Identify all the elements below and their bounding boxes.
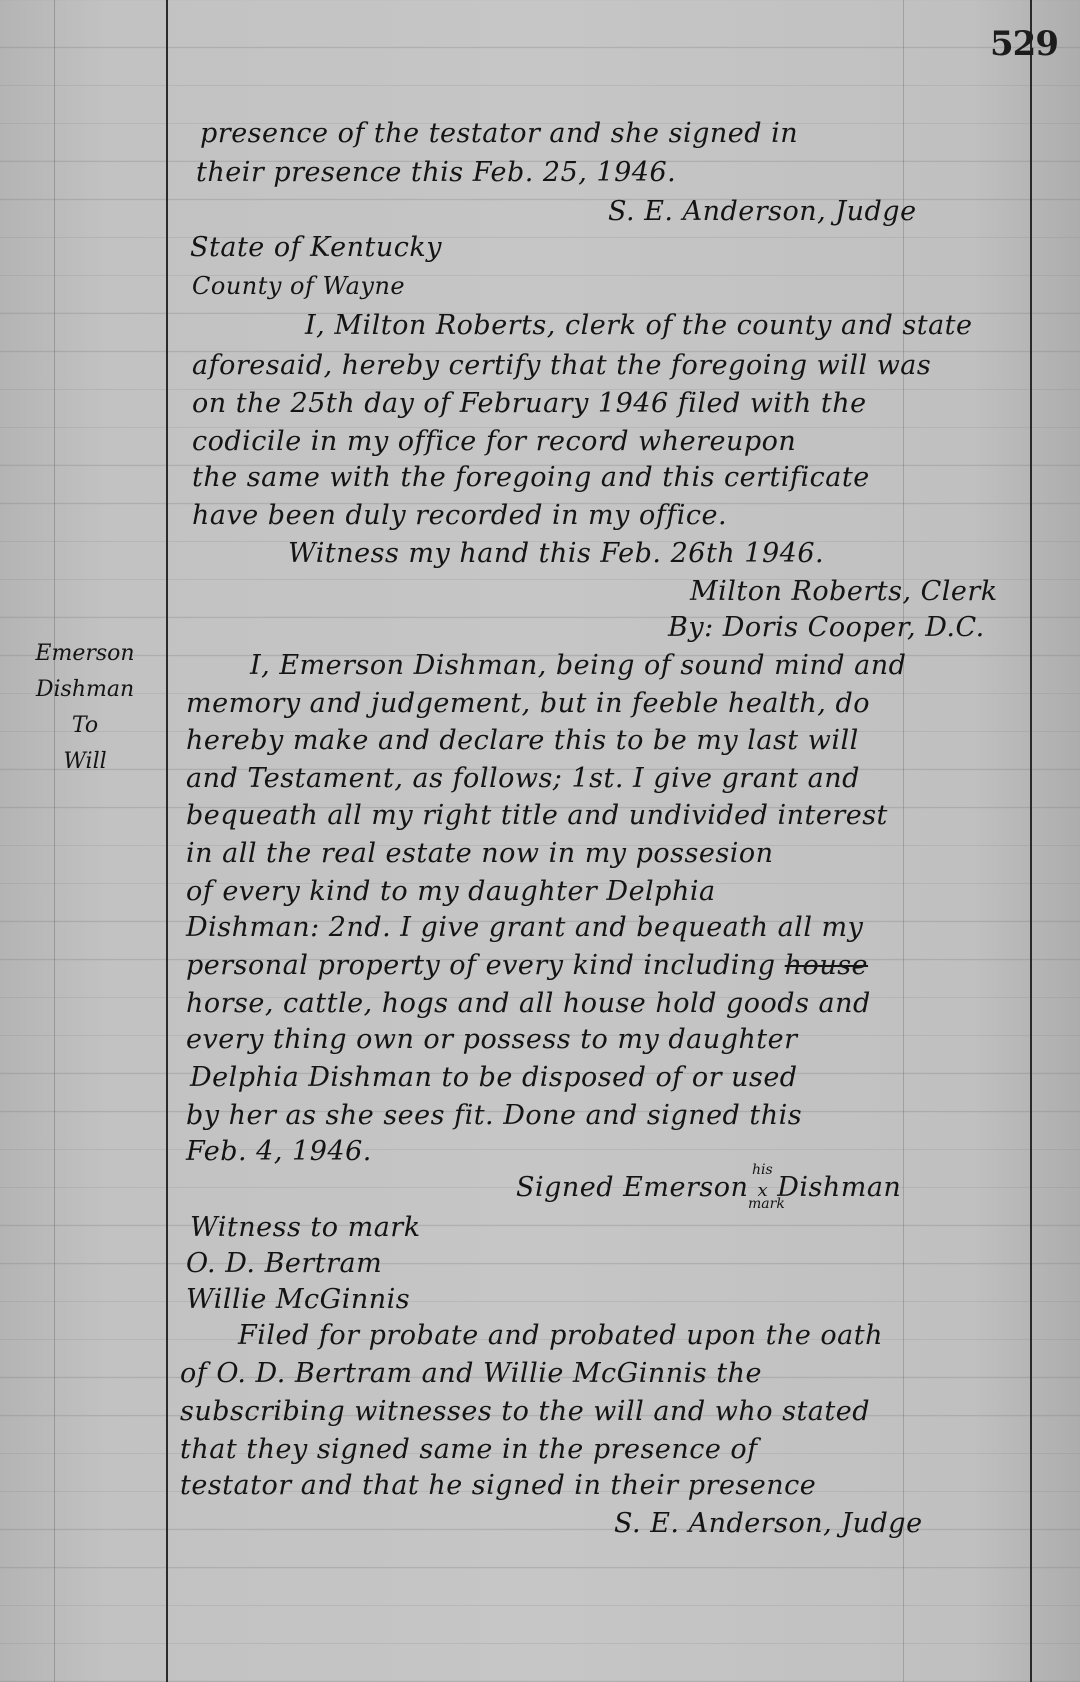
margin-note-line: Emerson [10,636,160,672]
clerk-signature: Milton Roberts, Clerk [690,576,998,607]
testator-signature: Signed Emerson x Dishman [516,1172,901,1203]
mark-label-mark: mark [748,1196,785,1212]
heading-county: County of Wayne [192,272,405,300]
page-number: 529 [990,24,1058,64]
text-line: in all the real estate now in my possesi… [186,838,774,869]
witness-name: O. D. Bertram [186,1248,382,1279]
text-line: personal property of every kind includin… [186,950,868,981]
text-line: of O. D. Bertram and Willie McGinnis the [180,1358,762,1389]
text-line: of every kind to my daughter Delphia [186,876,716,907]
margin-index-note: Emerson Dishman To Will [10,636,160,780]
will-date: Feb. 4, 1946. [186,1136,372,1167]
judge-signature: S. E. Anderson, Judge [614,1508,923,1539]
text-line: bequeath all my right title and undivide… [186,800,888,831]
text-line: the same with the foregoing and this cer… [192,462,870,493]
text-line: subscribing witnesses to the will and wh… [180,1396,870,1427]
text-line: Witness my hand this Feb. 26th 1946. [288,538,824,569]
mark-label-his: his [752,1162,773,1178]
text-line: hereby make and declare this to be my la… [186,725,859,756]
judge-signature: S. E. Anderson, Judge [608,196,917,227]
text-line: Dishman: 2nd. I give grant and bequeath … [186,912,863,943]
faint-margin-rule-left [54,0,55,1682]
text-line: have been duly recorded in my office. [192,500,727,531]
witness-name: Willie McGinnis [186,1284,410,1315]
deputy-clerk-signature: By: Doris Cooper, D.C. [668,612,985,643]
text-line: I, Milton Roberts, clerk of the county a… [305,310,973,341]
margin-rule [166,0,168,1682]
text-line: aforesaid, hereby certify that the foreg… [192,350,931,381]
ledger-page: 529 Emerson Dishman To Will presence of … [0,0,1080,1682]
text-line: codicile in my office for record whereup… [192,426,796,457]
text-line: Delphia Dishman to be disposed of or use… [190,1062,798,1093]
faint-rule-right [903,0,904,1682]
margin-note-line: To [10,708,160,744]
heading-state: State of Kentucky [190,232,442,263]
text-line: by her as she sees fit. Done and signed … [186,1100,802,1131]
text-line: I, Emerson Dishman, being of sound mind … [250,650,906,681]
margin-note-line: Dishman [10,672,160,708]
text-line: testator and that he signed in their pre… [180,1470,816,1501]
struck-word: house [785,950,868,981]
text-line: on the 25th day of February 1946 filed w… [192,388,867,419]
witness-heading: Witness to mark [190,1212,421,1243]
signature-text: Signed Emerson [516,1172,748,1203]
text-line: horse, cattle, hogs and all house hold g… [186,988,871,1019]
text-line: and Testament, as follows; 1st. I give g… [186,763,860,794]
text-line: every thing own or possess to my daughte… [186,1024,798,1055]
text-line: memory and judgement, but in feeble heal… [186,688,870,719]
margin-note-line: Will [10,744,160,780]
text-line: that they signed same in the presence of [180,1434,758,1465]
text-span: personal property of every kind includin… [186,950,785,981]
text-line: Filed for probate and probated upon the … [238,1320,883,1351]
text-line: presence of the testator and she signed … [200,118,798,149]
signature-surname: Dishman [777,1172,901,1203]
right-border-rule [1030,0,1032,1682]
text-line: their presence this Feb. 25, 1946. [196,157,676,188]
